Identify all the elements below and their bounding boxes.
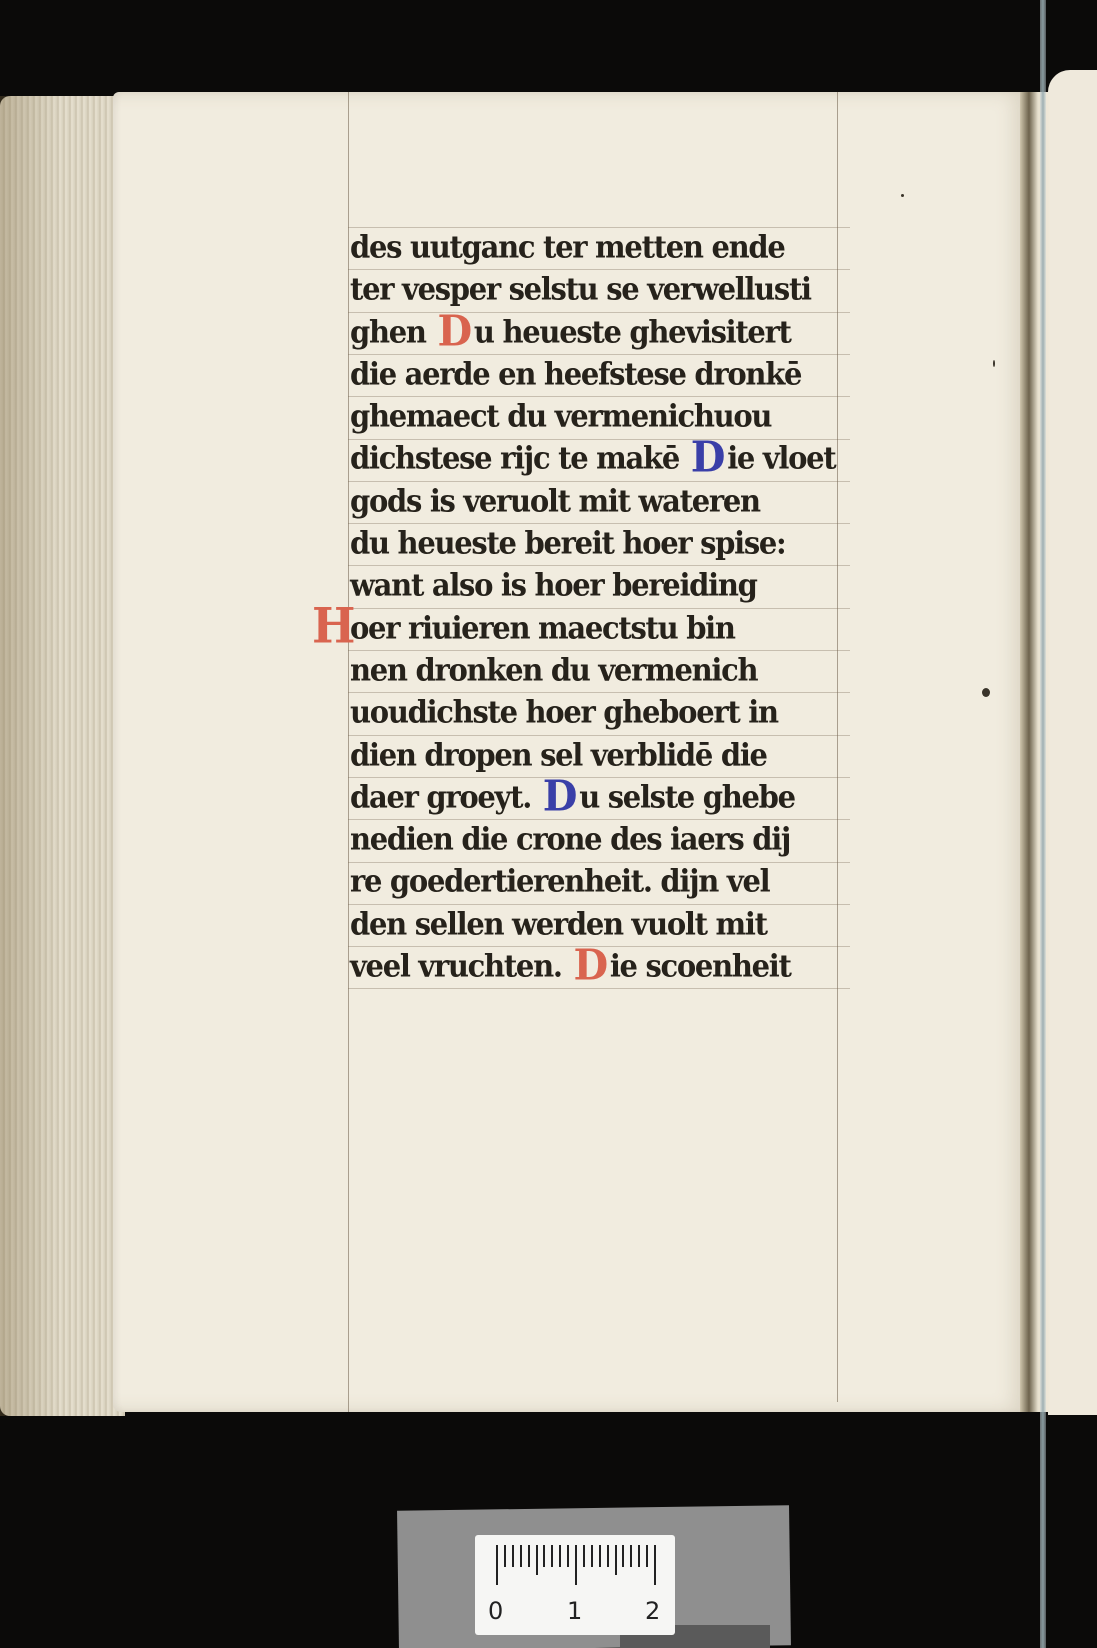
line-text: du heueste bereit hoer spise: [350, 525, 785, 561]
manuscript-line: des uutganc ter metten ende [350, 225, 870, 269]
manuscript-line: ter vesper selstu se verwellusti [350, 267, 870, 311]
line-text: veel vruchten. [350, 948, 570, 984]
ruler-tick [536, 1545, 538, 1575]
ruler-tick [512, 1545, 514, 1567]
line-text: die aerde en heefstese dronkē [350, 356, 801, 392]
rubricated-initial: D [573, 950, 606, 982]
manuscript-line: dien dropen sel verblidē die [350, 733, 870, 777]
page-edges-shadow [0, 96, 60, 1416]
line-text: dien dropen sel verblidē die [350, 737, 767, 773]
manuscript-line: daer groeyt. Du selste ghebe [350, 775, 870, 819]
manuscript-line: ghemaect du vermenichuou [350, 394, 870, 438]
ruler-label-2: 2 [645, 1597, 660, 1625]
ruler-tick [638, 1545, 640, 1567]
ruler-tick [559, 1545, 561, 1567]
line-text: want also is hoer bereiding [350, 568, 757, 604]
ink-speck [993, 360, 995, 367]
line-text: u heueste ghevisitert [474, 314, 791, 350]
blue-initial: D [543, 781, 576, 813]
line-text: nen dronken du vermenich [350, 652, 757, 688]
manuscript-line: Hoer riuieren maectstu bin [350, 606, 870, 650]
manuscript-line: ghen Du heueste ghevisitert [350, 310, 870, 354]
manuscript-line: du heueste bereit hoer spise: [350, 521, 870, 565]
rubricated-initial: H [312, 604, 354, 648]
manuscript-line: die aerde en heefstese dronkē [350, 352, 870, 396]
manuscript-line: want also is hoer bereiding [350, 563, 870, 607]
facing-page [1048, 70, 1097, 1415]
line-text: daer groeyt. [350, 779, 540, 815]
ruler-tick [496, 1545, 498, 1585]
line-text: uoudichste hoer gheboert in [350, 694, 778, 730]
ruling-left [348, 92, 349, 1412]
glass-plate-edge [1040, 0, 1046, 1648]
line-text: oer riuieren maectstu bin [350, 610, 735, 646]
line-text: nedien die crone des iaers dij [350, 821, 790, 857]
text-block: des uutganc ter metten endeter vesper se… [350, 226, 870, 987]
ruler-tick [551, 1545, 553, 1567]
line-text: des uutganc ter metten ende [350, 229, 785, 265]
line-text: dichstese rijc te makē [350, 441, 688, 477]
ruler-tick [591, 1545, 593, 1567]
manuscript-line: gods is veruolt mit wateren [350, 479, 870, 523]
manuscript-line: dichstese rijc te makē Die vloet [350, 436, 870, 480]
line-text: den sellen werden vuolt mit [350, 906, 767, 942]
line-text: ie vloet [727, 441, 835, 477]
scale-ruler: 0 1 2 [475, 1535, 675, 1635]
ruler-tick [575, 1545, 577, 1585]
manuscript-line: nen dronken du vermenich [350, 648, 870, 692]
ruler-tick [622, 1545, 624, 1567]
rubricated-initial: D [438, 316, 471, 348]
manuscript-line: nedien die crone des iaers dij [350, 817, 870, 861]
line-text: ghen [350, 314, 435, 350]
ink-speck [982, 688, 990, 697]
ruler-tick [646, 1545, 648, 1567]
line-text: ghemaect du vermenichuou [350, 398, 771, 434]
ruler-tick [567, 1545, 569, 1567]
ruler-tick [543, 1545, 545, 1567]
blue-initial: D [691, 443, 724, 475]
ruler-tick [583, 1545, 585, 1567]
ruler-tick [654, 1545, 656, 1585]
line-text: gods is veruolt mit wateren [350, 483, 760, 519]
manuscript-line: uoudichste hoer gheboert in [350, 690, 870, 734]
ruler-tick [528, 1545, 530, 1567]
line-text: u selste ghebe [579, 779, 795, 815]
line-text: ie scoenheit [610, 948, 791, 984]
manuscript-line: veel vruchten. Die scoenheit [350, 944, 870, 988]
ruler-tick [504, 1545, 506, 1567]
ruler-tick [607, 1545, 609, 1567]
ruler-tick [630, 1545, 632, 1567]
manuscript-line: den sellen werden vuolt mit [350, 902, 870, 946]
manuscript-line: re goedertierenheit. dijn vel [350, 859, 870, 903]
ruler-tick [615, 1545, 617, 1575]
ink-speck [901, 194, 904, 197]
line-text: ter vesper selstu se verwellusti [350, 271, 811, 307]
ruler-tick [520, 1545, 522, 1567]
ruler-label-0: 0 [488, 1597, 503, 1625]
ruler-tick [599, 1545, 601, 1567]
ruler-label-1: 1 [567, 1597, 582, 1625]
line-text: re goedertierenheit. dijn vel [350, 864, 769, 900]
